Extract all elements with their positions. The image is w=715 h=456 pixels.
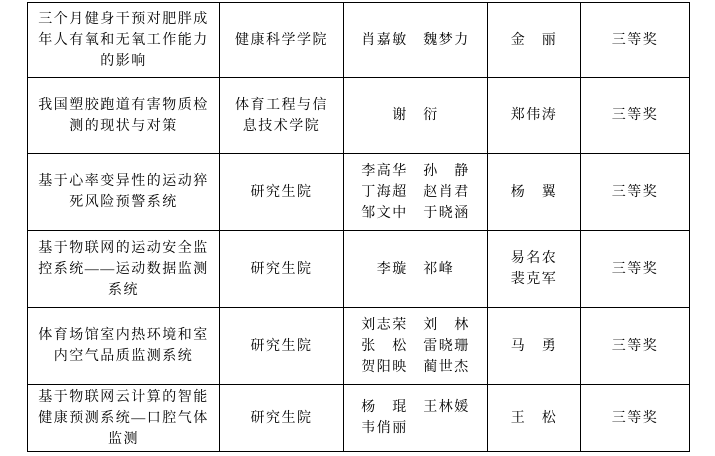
college-name: 研究生院 bbox=[249, 336, 315, 357]
participant-names: 谢 衍 bbox=[390, 105, 441, 126]
project-title-cell: 体育场馆室内热环境和室 内空气品质监测系统 bbox=[28, 308, 220, 385]
participant-names: 李高华 孙 静 丁海超 赵肖君 邹文中 于晓涵 bbox=[359, 161, 472, 224]
award-level: 三等奖 bbox=[610, 105, 661, 126]
advisor-name: 杨 翼 bbox=[509, 182, 560, 203]
participant-names: 刘志荣 刘 林 张 松 雷晓珊 贺阳映 蔺世杰 bbox=[359, 315, 472, 378]
project-title-cell: 基于心率变异性的运动猝 死风险预警系统 bbox=[28, 154, 220, 231]
advisor-name: 马 勇 bbox=[509, 336, 560, 357]
participants-cell: 杨 琨 王林媛 韦俏丽 bbox=[344, 385, 488, 451]
award-cell: 三等奖 bbox=[581, 308, 689, 385]
advisor-name: 易名农 裴克军 bbox=[509, 248, 560, 290]
project-title-cell: 基于物联网云计算的智能 健康预测系统—口腔气体 监测 bbox=[28, 385, 220, 451]
award-level: 三等奖 bbox=[610, 408, 661, 429]
award-level: 三等奖 bbox=[610, 30, 661, 51]
project-title: 体育场馆室内热环境和室 内空气品质监测系统 bbox=[36, 325, 211, 367]
award-cell: 三等奖 bbox=[581, 3, 689, 78]
college-cell: 研究生院 bbox=[220, 308, 344, 385]
participants-cell: 肖嘉敏 魏梦力 bbox=[344, 3, 488, 78]
awards-table: 三个月健身干预对肥胖成 年人有氧和无氧工作能力 的影响 健康科学学院 肖嘉敏 魏… bbox=[27, 2, 690, 452]
participant-names: 杨 琨 王林媛 韦俏丽 bbox=[359, 397, 472, 439]
advisor-cell: 易名农 裴克军 bbox=[488, 231, 581, 308]
advisor-cell: 金 丽 bbox=[488, 3, 581, 78]
participants-cell: 刘志荣 刘 林 张 松 雷晓珊 贺阳映 蔺世杰 bbox=[344, 308, 488, 385]
participants-cell: 李高华 孙 静 丁海超 赵肖君 邹文中 于晓涵 bbox=[344, 154, 488, 231]
award-cell: 三等奖 bbox=[581, 78, 689, 154]
award-cell: 三等奖 bbox=[581, 154, 689, 231]
participants-cell: 谢 衍 bbox=[344, 78, 488, 154]
award-level: 三等奖 bbox=[610, 336, 661, 357]
college-cell: 体育工程与信 息技术学院 bbox=[220, 78, 344, 154]
college-name: 研究生院 bbox=[249, 259, 315, 280]
college-name: 体育工程与信 息技术学院 bbox=[233, 95, 330, 137]
college-cell: 健康科学学院 bbox=[220, 3, 344, 78]
project-title-cell: 三个月健身干预对肥胖成 年人有氧和无氧工作能力 的影响 bbox=[28, 3, 220, 78]
advisor-cell: 马 勇 bbox=[488, 308, 581, 385]
award-level: 三等奖 bbox=[610, 182, 661, 203]
advisor-cell: 王 松 bbox=[488, 385, 581, 451]
participant-names: 李璇 祁峰 bbox=[375, 259, 457, 280]
college-name: 研究生院 bbox=[249, 408, 315, 429]
advisor-name: 王 松 bbox=[509, 408, 560, 429]
project-title-cell: 我国塑胶跑道有害物质检 测的现状与对策 bbox=[28, 78, 220, 154]
project-title: 基于物联网的运动安全监 控系统——运动数据监测 系统 bbox=[36, 238, 211, 301]
project-title: 基于物联网云计算的智能 健康预测系统—口腔气体 监测 bbox=[36, 387, 211, 450]
award-cell: 三等奖 bbox=[581, 231, 689, 308]
college-name: 健康科学学院 bbox=[233, 30, 330, 51]
award-cell: 三等奖 bbox=[581, 385, 689, 451]
advisor-cell: 杨 翼 bbox=[488, 154, 581, 231]
project-title: 三个月健身干预对肥胖成 年人有氧和无氧工作能力 的影响 bbox=[36, 9, 211, 72]
advisor-name: 郑伟涛 bbox=[509, 105, 560, 126]
award-level: 三等奖 bbox=[610, 259, 661, 280]
college-cell: 研究生院 bbox=[220, 154, 344, 231]
participants-cell: 李璇 祁峰 bbox=[344, 231, 488, 308]
participant-names: 肖嘉敏 魏梦力 bbox=[359, 30, 472, 51]
college-cell: 研究生院 bbox=[220, 231, 344, 308]
project-title: 基于心率变异性的运动猝 死风险预警系统 bbox=[36, 171, 211, 213]
college-cell: 研究生院 bbox=[220, 385, 344, 451]
project-title-cell: 基于物联网的运动安全监 控系统——运动数据监测 系统 bbox=[28, 231, 220, 308]
advisor-cell: 郑伟涛 bbox=[488, 78, 581, 154]
college-name: 研究生院 bbox=[249, 182, 315, 203]
advisor-name: 金 丽 bbox=[509, 30, 560, 51]
project-title: 我国塑胶跑道有害物质检 测的现状与对策 bbox=[36, 95, 211, 137]
